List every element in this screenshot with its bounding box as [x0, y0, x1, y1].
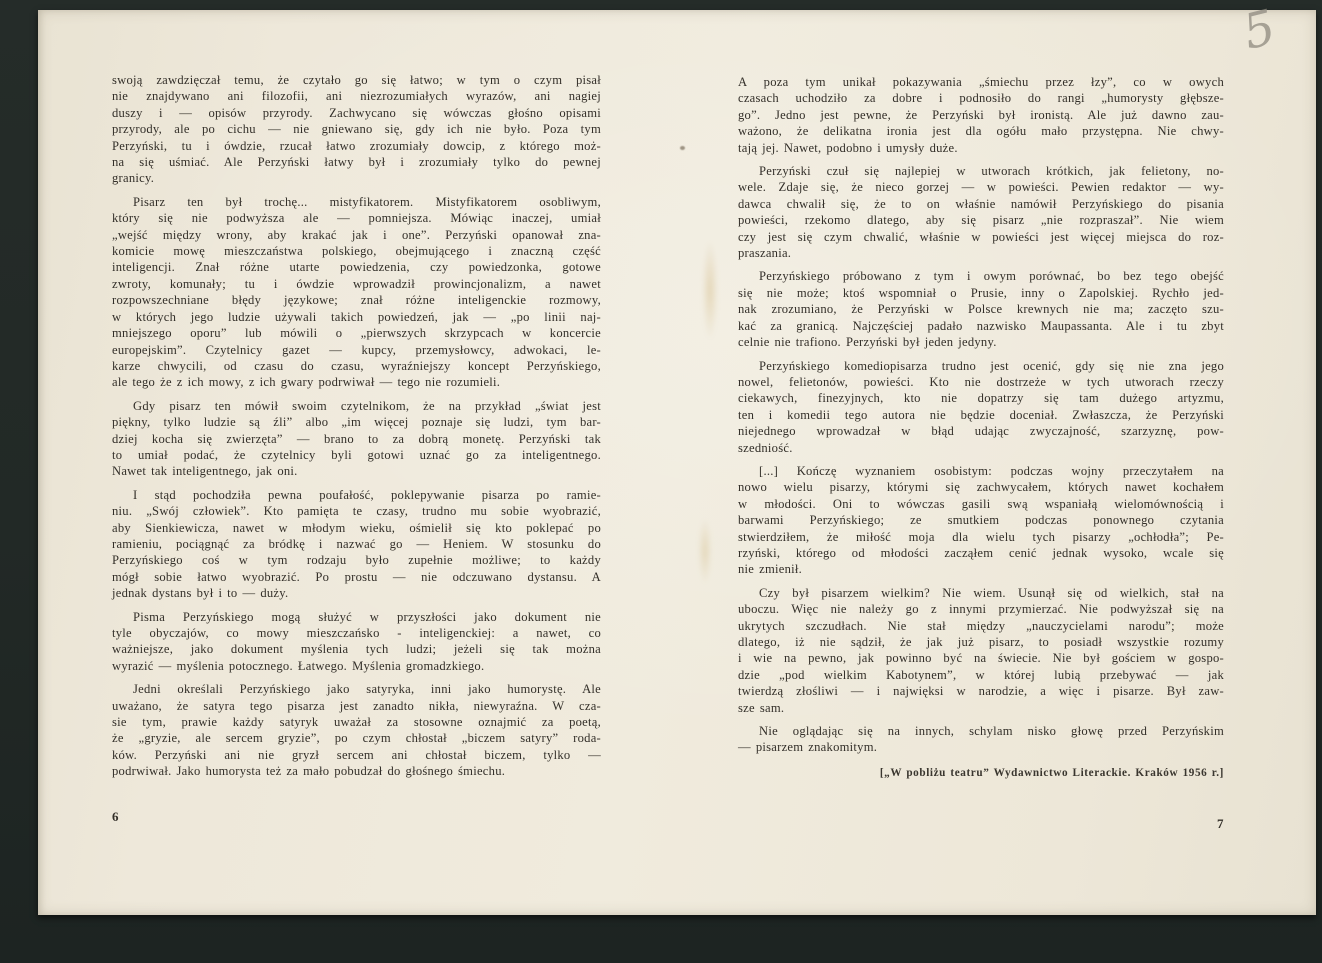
text-line: ale tego że z ich mowy, z ich gwary podr… [112, 374, 601, 390]
paragraph: Nie oglądając się na innych, schylam nis… [738, 723, 1224, 756]
paragraph: [...] Kończę wyznaniem osobistym: podcza… [738, 463, 1224, 578]
text-line: inteligencji. Znał różne utarte powiedze… [112, 259, 601, 275]
text-line: jednak dystans był i to — duży. [112, 585, 601, 601]
paragraph: Jedni określali Perzyńskiego jako satyry… [112, 681, 601, 779]
left-page-text-column: swoją zawdzięczał temu, że czytało go si… [112, 72, 601, 780]
text-line: piękny, tylko ludzie są źli” albo „im wi… [112, 414, 601, 430]
text-line: dzie „pod wielkim Kabotynem”, w której l… [738, 667, 1224, 683]
text-line: uboczu. Więc nie należy go z innymi przy… [738, 601, 1224, 617]
text-line: czasach uchodziło za dobre i podnosiło d… [738, 90, 1224, 106]
text-line: Perzyński czuł się najlepiej w utworach … [738, 163, 1224, 179]
text-line: Nawet tak inteligentnego, jak oni. [112, 463, 601, 479]
text-line: dawca chwalił się, że to on właśnie namó… [738, 196, 1224, 212]
paragraph: Pisarz ten był trochę... mistyfikatorem.… [112, 194, 601, 391]
paper-speck [680, 146, 685, 150]
text-line: ukrytych szczudłach. Nie stał między „na… [738, 618, 1224, 634]
text-line: komicie mowę mieszczaństwa polskiego, ob… [112, 243, 601, 259]
source-citation: [„W pobliżu teatru” Wydawnictwo Literack… [738, 765, 1224, 781]
text-line: że „gryzie, ale sercem gryzie”, po czym … [112, 730, 601, 746]
text-line: się nie może; ktoś wspomniał o Prusie, i… [738, 285, 1224, 301]
text-line: nowo wielu pisarzy, którymi się zachwyca… [738, 479, 1224, 495]
text-line: ciekawych, finezyjnych, kto nie dopatrzy… [738, 390, 1224, 406]
text-line: „wejść między wrony, aby krakać jak i on… [112, 227, 601, 243]
text-line: Perzyński, tu i ówdzie, rzucał łatwo zro… [112, 138, 601, 154]
page-number-right: 7 [1208, 816, 1224, 832]
book-page-spread: swoją zawdzięczał temu, że czytało go si… [38, 10, 1316, 915]
text-line: nowel, felietonów, powieści. Kto nie dos… [738, 374, 1224, 390]
text-line: Pisarz ten był trochę... mistyfikatorem.… [112, 194, 601, 210]
text-line: Jedni określali Perzyńskiego jako satyry… [112, 681, 601, 697]
text-line: tyle obyczajów, co mowy mieszczańsko - i… [112, 625, 601, 641]
text-line: Gdy pisarz ten mówił swoim czytelnikom, … [112, 398, 601, 414]
text-line: Czy był pisarzem wielkim? Nie wiem. Usun… [738, 585, 1224, 601]
text-line: duszy i — opisów przyrody. Zachwycano si… [112, 105, 601, 121]
text-line: twierdzą złośliwi — i najwięksi w narodz… [738, 683, 1224, 699]
text-line: rzyński, którego od młodości zacząłem ce… [738, 545, 1224, 561]
text-line: go”. Jedno jest pewne, że Perzyński był … [738, 107, 1224, 123]
text-line: wyrazić — myślenia potocznego. Łatwego. … [112, 658, 601, 674]
text-line: dziej kocha się zwierzęta” — brano to za… [112, 431, 601, 447]
text-line: ważono, że delikatna ironia jest dla ogó… [738, 123, 1224, 139]
text-line: uważano, że satyra tego pisarza jest zan… [112, 698, 601, 714]
text-line: stwierdziłem, że miłość moja dla wielu t… [738, 529, 1224, 545]
text-line: sze sam. [738, 700, 1224, 716]
text-line: mniejszego oporu” lub mówili o „pierwszy… [112, 325, 601, 341]
text-line: [...] Kończę wyznaniem osobistym: podcza… [738, 463, 1224, 479]
text-line: czy jest się czym chwalić, właśnie w pow… [738, 229, 1224, 245]
text-line: powieści, rzekomo dlatego, aby się pisar… [738, 212, 1224, 228]
text-line: granicy. [112, 170, 601, 186]
paragraph: I stąd pochodziła pewna poufałość, pokle… [112, 487, 601, 602]
text-line: w młodości. Oni to wówczas gasili swą ws… [738, 496, 1224, 512]
text-line: A poza tym unikał pokazywania „śmiechu p… [738, 74, 1224, 90]
paragraph: swoją zawdzięczał temu, że czytało go si… [112, 72, 601, 187]
text-line: ramieniu, pociągnąć za bródkę i nazwać g… [112, 536, 601, 552]
paragraph: Gdy pisarz ten mówił swoim czytelnikom, … [112, 398, 601, 480]
text-line: nie znajdywano ani filozofii, ani niezro… [112, 88, 601, 104]
text-line: karze chwycili, od czasu do czasu, wyraź… [112, 358, 601, 374]
text-line: i wie na pewno, jak powinno być na świec… [738, 650, 1224, 666]
text-line: Pisma Perzyńskiego mogą służyć w przyszł… [112, 609, 601, 625]
text-line: ków. Perzyński ani nie gryzł sercem ani … [112, 747, 601, 763]
text-line: Perzyńskiego coś w tym rodzaju było zupe… [112, 552, 601, 568]
text-line: Nie oglądając się na innych, schylam nis… [738, 723, 1224, 739]
paragraph: Perzyński czuł się najlepiej w utworach … [738, 163, 1224, 261]
text-line: niejednego wprowadzał w błąd udając zwyc… [738, 423, 1224, 439]
text-line: który się nie podwyższa ale — pomniejsza… [112, 210, 601, 226]
text-line: przyrody, ale po cichu — nie gniewano si… [112, 121, 601, 137]
text-line: europejskim”. Czytelnicy gazet — kupcy, … [112, 342, 601, 358]
text-line: ważniejsze, jako dokument myślenia tych … [112, 641, 601, 657]
text-line: nak zrozumiano, że Perzyński w Polsce kr… [738, 301, 1224, 317]
text-line: sie tym, prawie każdy satyryk uważał za … [112, 714, 601, 730]
text-line: szedniość. [738, 440, 1224, 456]
text-line: praszania. [738, 245, 1224, 261]
text-line: zwroty, komunały; tu i ówdzie wprowadził… [112, 276, 601, 292]
text-line: niu. „Swój człowiek”. Kto pamięta te cza… [112, 503, 601, 519]
text-line: podrwiwał. Jako humorysta też za mało po… [112, 763, 601, 779]
foxing-stain [702, 240, 718, 340]
text-line: barwami Perzyńskiego; ze smutkiem podcza… [738, 512, 1224, 528]
text-line: I stąd pochodziła pewna poufałość, pokle… [112, 487, 601, 503]
paragraph: A poza tym unikał pokazywania „śmiechu p… [738, 74, 1224, 156]
paragraph: Pisma Perzyńskiego mogą służyć w przyszł… [112, 609, 601, 675]
text-line: ten i komedii tego autora nie będzie doc… [738, 407, 1224, 423]
right-page-text-column: A poza tym unikał pokazywania „śmiechu p… [738, 74, 1224, 781]
text-line: rozpowszechniane błędy językowe; znał ró… [112, 292, 601, 308]
text-line: — pisarzem znakomitym. [738, 739, 1224, 755]
text-line: w których jego ludzie używali takich pow… [112, 309, 601, 325]
paragraph: Czy był pisarzem wielkim? Nie wiem. Usun… [738, 585, 1224, 716]
text-line: Perzyńskiego próbowano z tym i owym poró… [738, 268, 1224, 284]
foxing-stain [698, 518, 712, 584]
text-line: aby Sienkiewicza, nawet w młodym wieku, … [112, 520, 601, 536]
page-number-left: 6 [112, 809, 119, 825]
text-line: kać za granicą. Najczęściej padało nazwi… [738, 318, 1224, 334]
text-line: tają jej. Nawet, podobno i umysły duże. [738, 140, 1224, 156]
paragraph: Perzyńskiego próbowano z tym i owym poró… [738, 268, 1224, 350]
text-line: celnie nie trafiono. Perzyński był jeden… [738, 334, 1224, 350]
text-line: wele. Zdaje się, że nieco gorzej — w pow… [738, 179, 1224, 195]
text-line: Perzyńskiego komediopisarza trudno jest … [738, 358, 1224, 374]
text-line: dlatego, iż nie sądził, że jak już pisar… [738, 634, 1224, 650]
paragraph: Perzyńskiego komediopisarza trudno jest … [738, 358, 1224, 456]
text-line: to umiał podać, że czytelnicy byli gotow… [112, 447, 601, 463]
text-line: swoją zawdzięczał temu, że czytało go si… [112, 72, 601, 88]
text-line: mógł sobie łatwo wyobrazić. Po prostu — … [112, 569, 601, 585]
text-line: nie zmienił. [738, 561, 1224, 577]
text-line: na się uśmiać. Ale Perzyński łatwy był i… [112, 154, 601, 170]
